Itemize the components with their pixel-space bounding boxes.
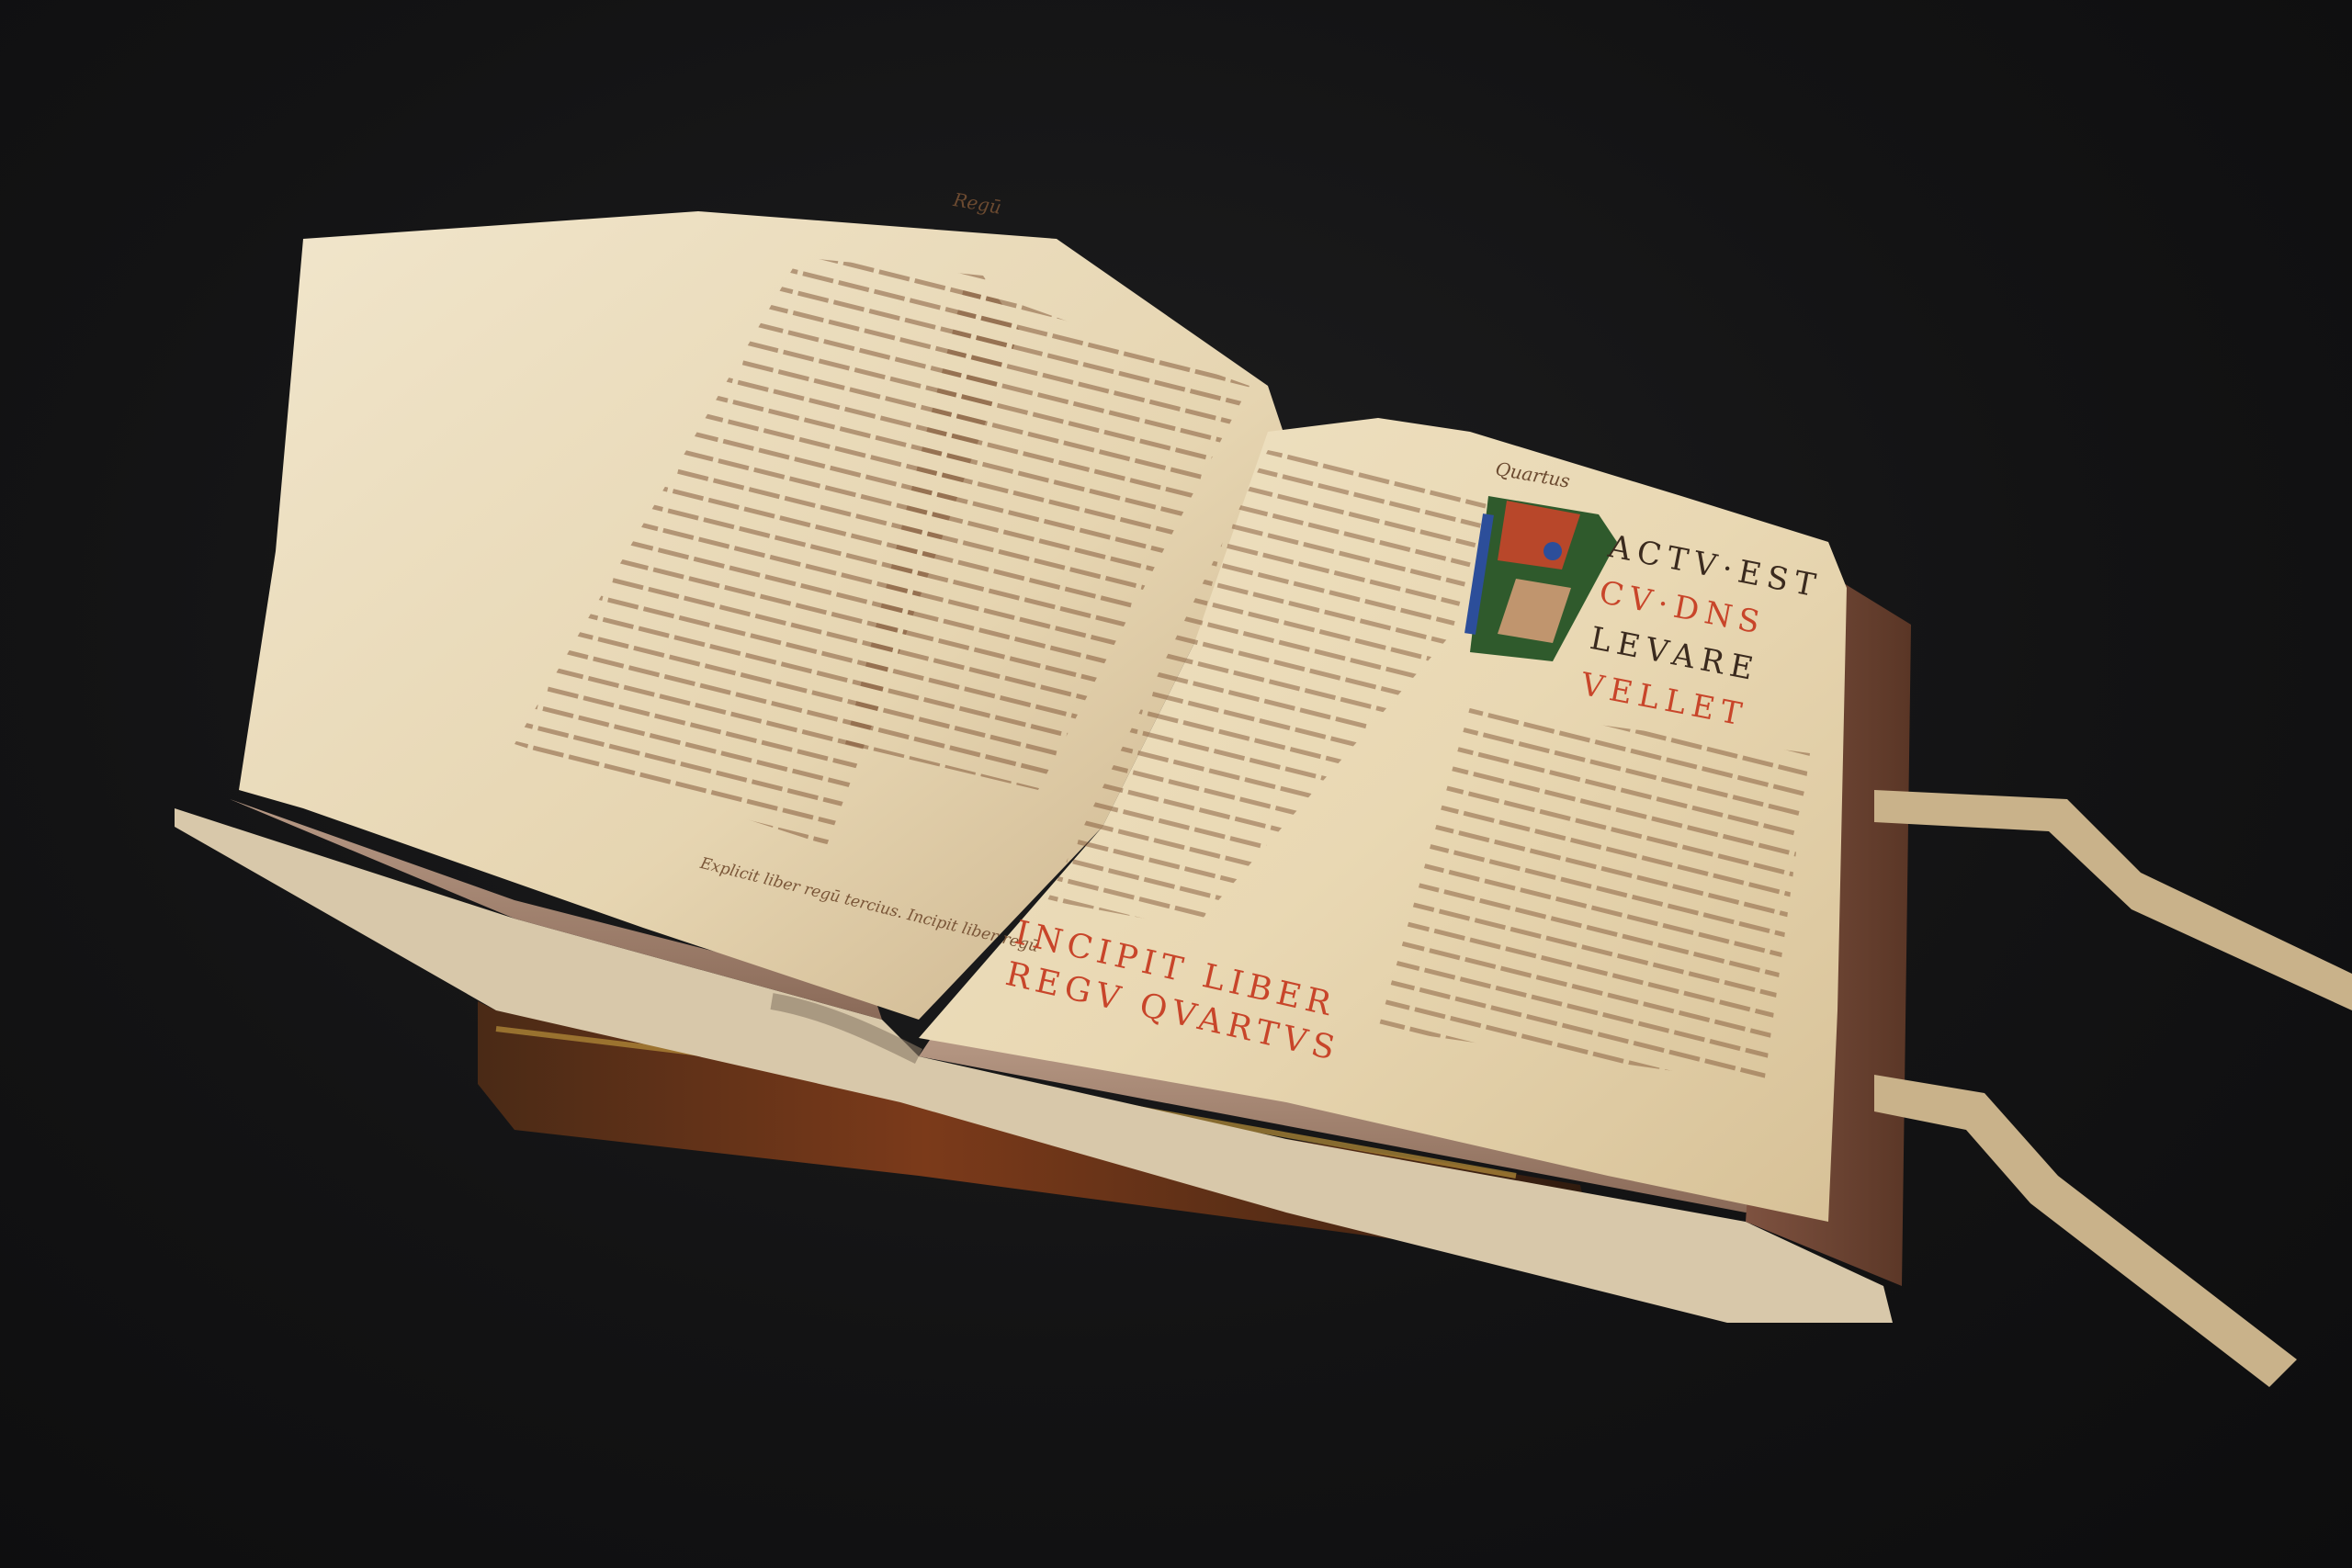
upper-tie — [1874, 790, 2352, 1010]
lower-tie — [1874, 1075, 2297, 1387]
photo-scene: Regū Quartus Explicit liber regū tercius… — [0, 0, 2352, 1568]
manuscript-illustration — [0, 0, 2352, 1568]
